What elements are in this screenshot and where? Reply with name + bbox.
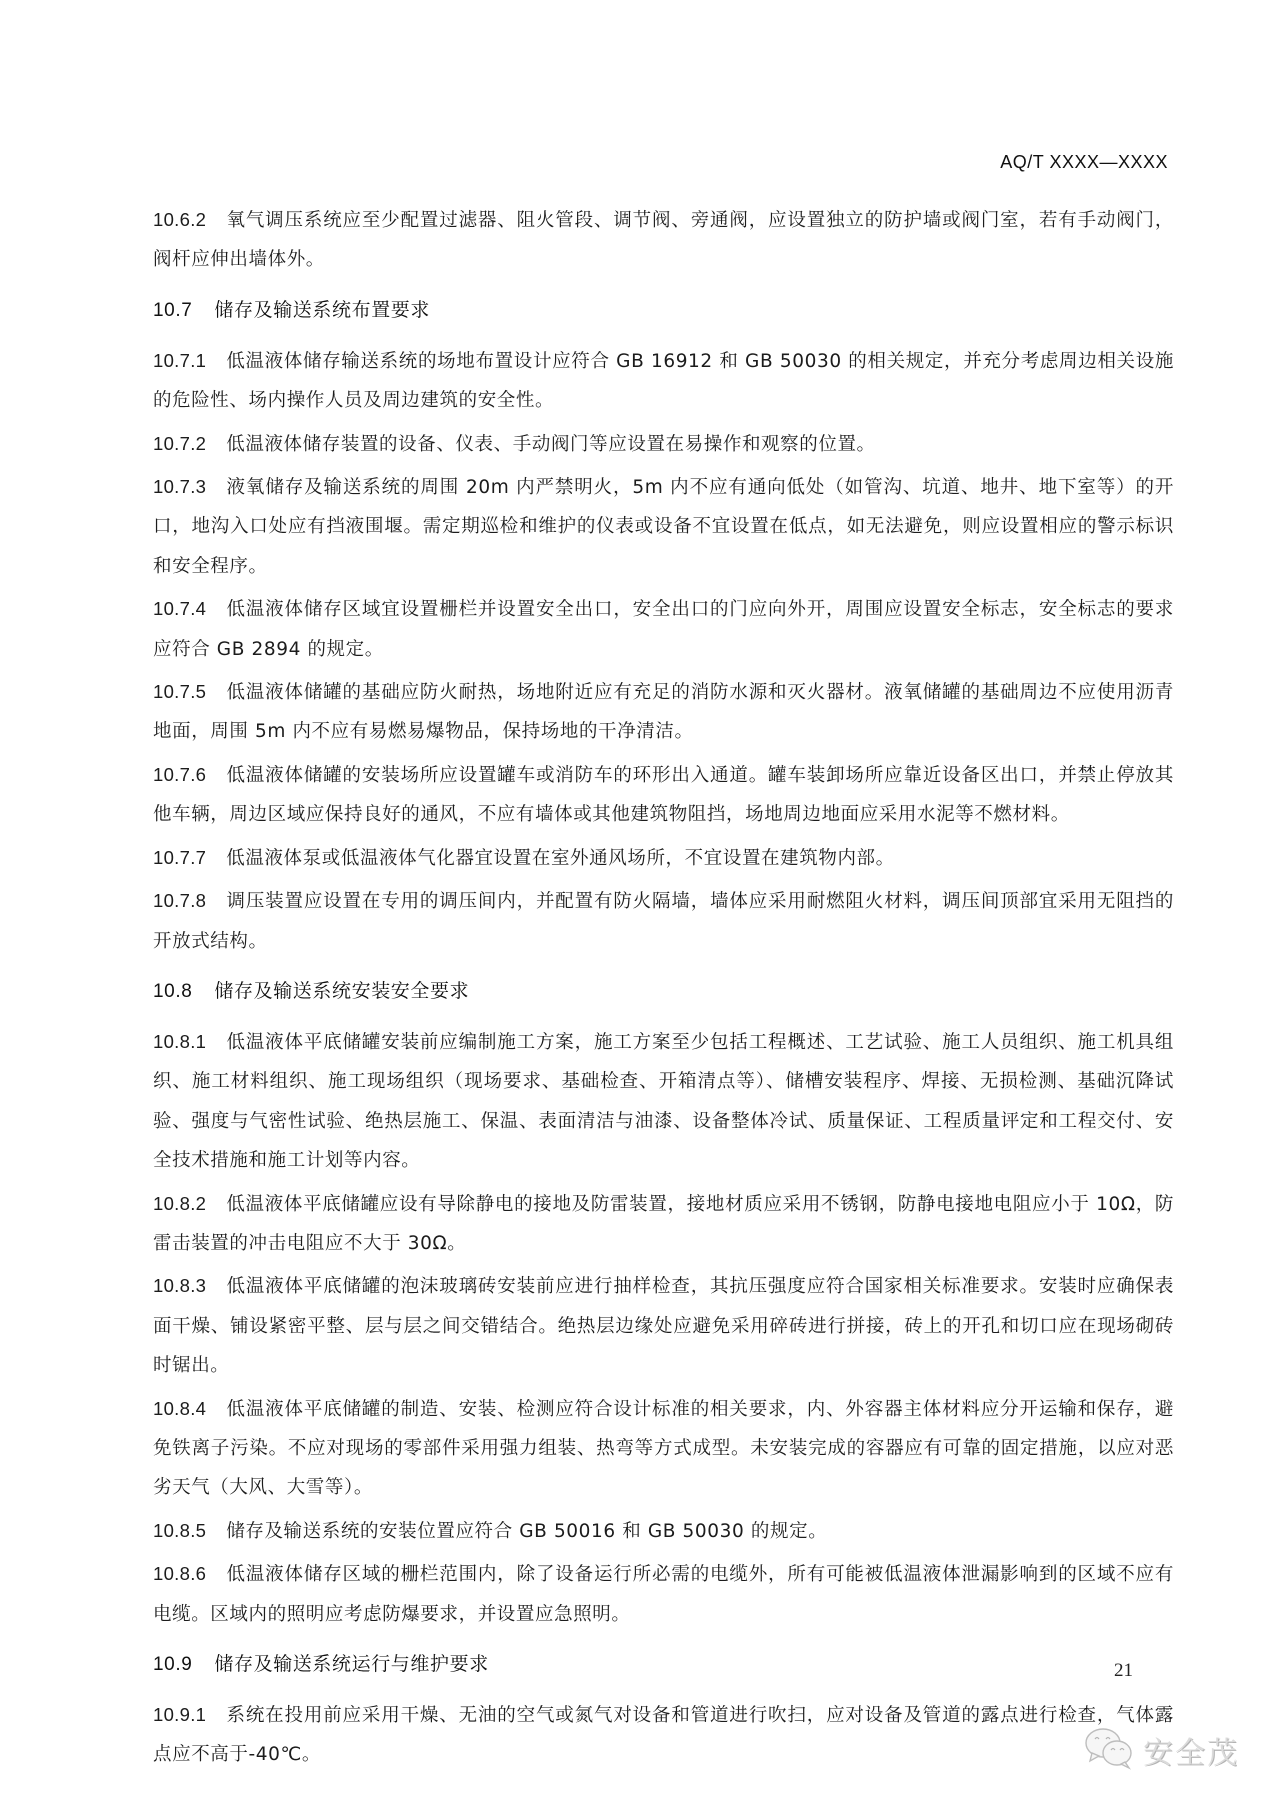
clause-10-6-2: 10.6.2氧气调压系统应至少配置过滤器、阻火管段、调节阀、旁通阀，应设置独立的… [153,200,1174,280]
clause-text: 调压装置应设置在专用的调压间内，并配置有防火隔墙，墙体应采用耐燃阻火材料，调压间… [153,891,1174,951]
clause-10-7-2: 10.7.2低温液体储存装置的设备、仪表、手动阀门等应设置在易操作和观察的位置。 [153,424,1174,464]
clause-text: 低温液体储存区域宜设置栅栏并设置安全出口，安全出口的门应向外开，周围应设置安全标… [153,599,1174,659]
clause-text: 低温液体平底储罐的泡沫玻璃砖安装前应进行抽样检查，其抗压强度应符合国家相关标准要… [153,1276,1174,1376]
clause-text: 低温液体储罐的安装场所应设置罐车或消防车的环形出入通道。罐车装卸场所应靠近设备区… [153,765,1174,825]
clause-text: 氧气调压系统应至少配置过滤器、阻火管段、调节阀、旁通阀，应设置独立的防护墙或阀门… [153,210,1174,270]
clause-text: 储存及输送系统的安装位置应符合 GB 50016 和 GB 50030 的规定。 [226,1521,827,1542]
clause-text: 低温液体储存装置的设备、仪表、手动阀门等应设置在易操作和观察的位置。 [226,434,875,455]
clause-number: 10.7.5 [153,672,206,711]
document-page: AQ/T XXXX—XXXX 10.6.2氧气调压系统应至少配置过滤器、阻火管段… [0,0,1280,1810]
clause-10-7-1: 10.7.1低温液体储存输送系统的场地布置设计应符合 GB 16912 和 GB… [153,341,1174,421]
section-number: 10.8 [153,972,192,1012]
section-number: 10.9 [153,1645,192,1685]
clause-number: 10.8.1 [153,1022,206,1061]
clause-10-8-4: 10.8.4低温液体平底储罐的制造、安装、检测应符合设计标准的相关要求，内、外容… [153,1389,1174,1508]
clause-10-8-5: 10.8.5储存及输送系统的安装位置应符合 GB 50016 和 GB 5003… [153,1511,1174,1551]
document-body: 10.6.2氧气调压系统应至少配置过滤器、阻火管段、调节阀、旁通阀，应设置独立的… [153,200,1174,1778]
watermark: 安全茂 [1083,1726,1239,1774]
section-heading-10-7: 10.7储存及输送系统布置要求 [153,290,1174,331]
section-title: 储存及输送系统布置要求 [214,299,430,321]
watermark-text: 安全茂 [1143,1728,1239,1772]
clause-number: 10.8.3 [153,1266,206,1305]
clause-text: 系统在投用前应采用干燥、无油的空气或氮气对设备和管道进行吹扫，应对设备及管道的露… [153,1705,1174,1765]
clause-text: 低温液体储存区域的栅栏范围内，除了设备运行所必需的电缆外，所有可能被低温液体泄漏… [153,1564,1174,1624]
clause-number: 10.8.4 [153,1389,206,1428]
clause-text: 低温液体泵或低温液体气化器宜设置在室外通风场所，不宜设置在建筑物内部。 [226,848,895,869]
clause-number: 10.7.8 [153,881,206,920]
clause-number: 10.9.1 [153,1695,206,1734]
section-number: 10.7 [153,291,192,331]
clause-number: 10.6.2 [153,200,206,239]
section-heading-10-8: 10.8储存及输送系统安装安全要求 [153,971,1174,1012]
clause-text: 低温液体储罐的基础应防火耐热，场地附近应有充足的消防水源和灭火器材。液氧储罐的基… [153,682,1174,742]
clause-number: 10.7.4 [153,589,206,628]
clause-10-8-3: 10.8.3低温液体平底储罐的泡沫玻璃砖安装前应进行抽样检查，其抗压强度应符合国… [153,1266,1174,1385]
clause-10-7-3: 10.7.3液氧储存及输送系统的周围 20m 内严禁明火，5m 内不应有通向低处… [153,467,1174,586]
document-code: AQ/T XXXX—XXXX [1000,152,1168,173]
clause-10-8-1: 10.8.1低温液体平底储罐安装前应编制施工方案，施工方案至少包括工程概述、工艺… [153,1022,1174,1181]
page-number: 21 [1114,1660,1133,1682]
section-heading-10-9: 10.9储存及输送系统运行与维护要求 [153,1644,1174,1685]
clause-number: 10.7.3 [153,467,206,506]
clause-10-7-6: 10.7.6低温液体储罐的安装场所应设置罐车或消防车的环形出入通道。罐车装卸场所… [153,755,1174,835]
clause-number: 10.7.2 [153,424,206,463]
section-title: 储存及输送系统安装安全要求 [214,980,469,1002]
clause-number: 10.8.5 [153,1511,206,1550]
clause-10-8-2: 10.8.2低温液体平底储罐应设有导除静电的接地及防雷装置，接地材质应采用不锈钢… [153,1184,1174,1264]
wechat-icon [1083,1726,1137,1774]
clause-text: 低温液体储存输送系统的场地布置设计应符合 GB 16912 和 GB 50030… [153,351,1174,411]
clause-10-8-6: 10.8.6低温液体储存区域的栅栏范围内，除了设备运行所必需的电缆外，所有可能被… [153,1554,1174,1634]
clause-10-9-1: 10.9.1系统在投用前应采用干燥、无油的空气或氮气对设备和管道进行吹扫，应对设… [153,1695,1174,1775]
clause-text: 低温液体平底储罐应设有导除静电的接地及防雷装置，接地材质应采用不锈钢，防静电接地… [153,1194,1174,1254]
clause-text: 低温液体平底储罐安装前应编制施工方案，施工方案至少包括工程概述、工艺试验、施工人… [153,1032,1174,1171]
clause-text: 低温液体平底储罐的制造、安装、检测应符合设计标准的相关要求，内、外容器主体材料应… [153,1399,1174,1499]
section-title: 储存及输送系统运行与维护要求 [214,1653,488,1675]
clause-text: 液氧储存及输送系统的周围 20m 内严禁明火，5m 内不应有通向低处（如管沟、坑… [153,477,1174,577]
clause-number: 10.7.7 [153,838,206,877]
clause-10-7-4: 10.7.4低温液体储存区域宜设置栅栏并设置安全出口，安全出口的门应向外开，周围… [153,589,1174,669]
clause-number: 10.7.1 [153,341,206,380]
clause-number: 10.8.2 [153,1184,206,1223]
clause-number: 10.7.6 [153,755,206,794]
clause-number: 10.8.6 [153,1554,206,1593]
clause-10-7-5: 10.7.5低温液体储罐的基础应防火耐热，场地附近应有充足的消防水源和灭火器材。… [153,672,1174,752]
clause-10-7-7: 10.7.7低温液体泵或低温液体气化器宜设置在室外通风场所，不宜设置在建筑物内部… [153,838,1174,878]
clause-10-7-8: 10.7.8调压装置应设置在专用的调压间内，并配置有防火隔墙，墙体应采用耐燃阻火… [153,881,1174,961]
